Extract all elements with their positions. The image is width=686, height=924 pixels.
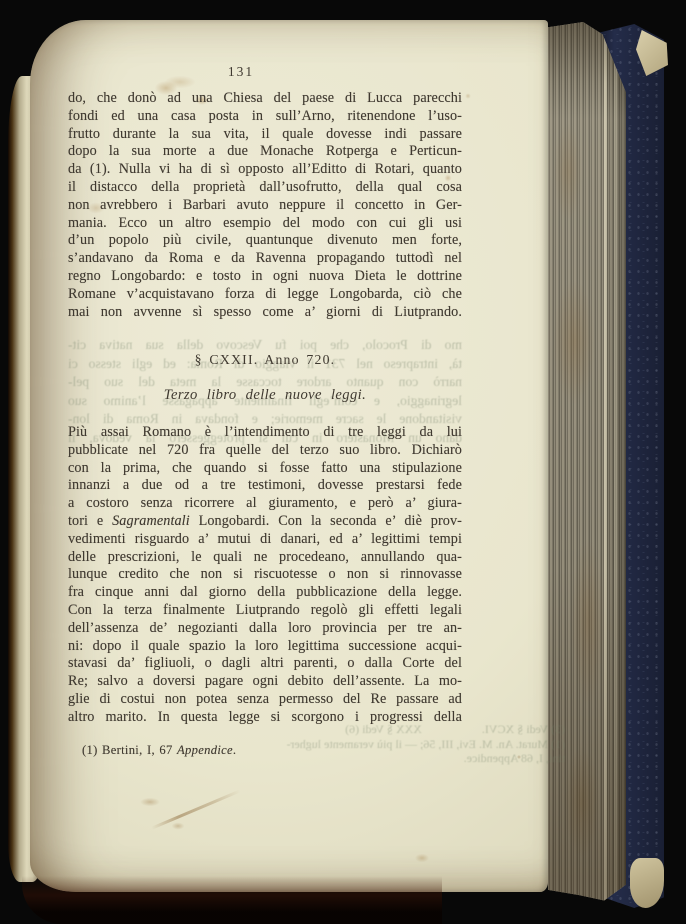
text-line: Con la terza finalmente Liutprando regol… (68, 602, 462, 620)
text-line: frutto durante la sua vita, il quale dov… (68, 126, 462, 144)
text-line: innanzi a due od a tre testimoni, dovess… (68, 477, 462, 495)
text-line: altro marito. In questa legge si scorgon… (68, 709, 462, 727)
text-line: s’andavano da Roma e da Ravenna propagan… (68, 250, 462, 268)
text-line: Romane v’acquistavano forza di legge Lon… (68, 286, 462, 304)
body-paragraph-1: do, che donò ad una Chiesa del paese di … (68, 90, 462, 321)
body-paragraph-2: Più assai Romano è l’intendimento di tre… (68, 424, 462, 727)
text-line: glie di costui non potea senza permesso … (68, 691, 462, 709)
text-line: il distacco della proprietà dall’usofrut… (68, 179, 462, 197)
text-line: con la prima, che quando si fosse fatto … (68, 460, 462, 478)
text-line: mania. Ecco un altro esempio del modo co… (68, 215, 462, 233)
text-line: fondi ed una casa posta in sull’Arno, ri… (68, 108, 462, 126)
scratch-stain (151, 789, 241, 829)
text-line: fra cinque anni dal giorno della pubblic… (68, 584, 462, 602)
text-line: pubblicate nel 720 fra quelle del terzo … (68, 442, 462, 460)
text-line: dopo la sua morte a due Monache Rotperga… (68, 143, 462, 161)
book-photo: mo di Procolo, che poi fu Vescovo della … (0, 0, 686, 924)
text-line: mai non avvenne sì spesso come a’ giorni… (68, 304, 462, 322)
page-number: 131 (44, 64, 438, 80)
text-line: Re; salvo a doversi pagare ogni debito d… (68, 673, 462, 691)
text-line: a costoro senza ricorrere al giuramento,… (68, 495, 462, 513)
text-line: do, che donò ad una Chiesa del paese di … (68, 90, 462, 108)
text-line: da (1). Nulla vi ha di sì opposto all’Ed… (68, 161, 462, 179)
text-line: delle prescrizioni, le quali ne procedea… (68, 549, 462, 567)
text-line: Più assai Romano è l’intendimento di tre… (68, 424, 462, 442)
text-line: lunque credito che non si riscuotesse o … (68, 566, 462, 584)
text-line: stavasi da’ figliuoli, o dagli altri par… (68, 655, 462, 673)
section-heading: § CXXII. Anno 720. (68, 352, 462, 368)
footnote: (1) Bertini, I, 67 Appendice. (82, 743, 462, 758)
text-line: ni: dopo il quale spazio la loro legitti… (68, 638, 462, 656)
text-line: non avrebbero i Barbari avuto neppure il… (68, 197, 462, 215)
text-line: regno Longobardo: e tosto in ogni nuova … (68, 268, 462, 286)
cover-corner-bottom (630, 858, 664, 908)
text-line: tori e Sagramentali Longobardi. Con la s… (68, 513, 462, 531)
section-subheading: Terzo libro delle nuove leggi. (68, 387, 462, 404)
page-bottom-shadow (22, 876, 442, 924)
fore-edge-page-stack (548, 22, 626, 904)
book-page: mo di Procolo, che poi fu Vescovo della … (30, 20, 548, 892)
text-line: dell’assenza de’ negozianti dalla loro p… (68, 620, 462, 638)
text-line: (1) Bertini, I, 67 Appendice. (82, 743, 462, 758)
text-line: vedimenti risguardo a’ mutui di danari, … (68, 531, 462, 549)
text-line: d’un popolo più civile, quantunque diven… (68, 232, 462, 250)
